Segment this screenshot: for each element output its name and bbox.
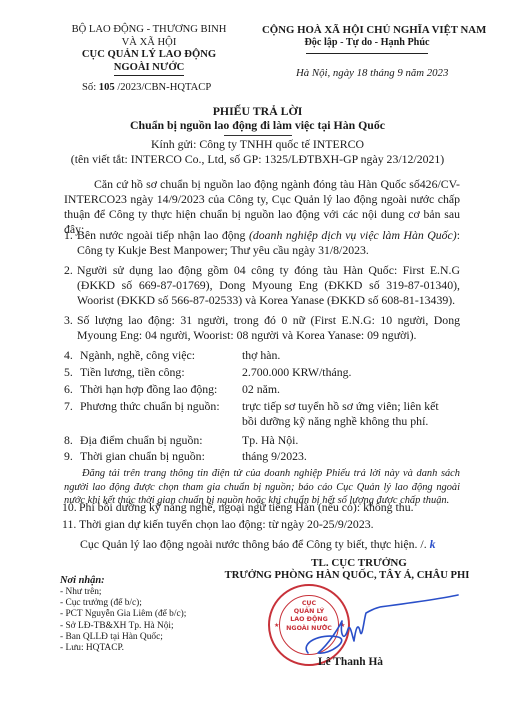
distribution-item: - PCT Nguyễn Gia Liêm (để b/c); xyxy=(60,609,186,620)
field-preparation-method: 7.Phương thức chuẩn bị nguồn: trực tiếp … xyxy=(64,399,220,414)
doc-number-label: Số: xyxy=(82,82,99,93)
document-number: Số: 105 /2023/CBN-HQTACP xyxy=(82,82,211,93)
item-text: Số lượng lao động: 31 người, trong đó 0 … xyxy=(77,313,460,343)
field-label: Địa điểm chuẩn bị nguồn: xyxy=(80,433,203,448)
field-number: 9. xyxy=(64,449,80,464)
closing-text: Cục Quản lý lao động ngoài nước thông bá… xyxy=(80,537,427,551)
field-number: 6. xyxy=(64,382,80,397)
distribution-item: - Ban QLLĐ tại Hàn Quốc; xyxy=(60,632,186,643)
item-text-italic: (doanh nghiệp dịch vụ việc làm Hàn Quốc) xyxy=(249,228,457,242)
signer-position: TRƯỞNG PHÒNG HÀN QUỐC, TÂY Á, CHÂU PHI xyxy=(212,570,482,581)
ministry-name-line1: BỘ LAO ĐỘNG - THƯƠNG BINH xyxy=(60,24,238,37)
item-text-part: Bên nước ngoài tiếp nhận lao động xyxy=(77,228,249,242)
signature-authority: TL. CỤC TRƯỞNG xyxy=(244,557,474,569)
motto-divider xyxy=(306,53,428,54)
field-number: 7. xyxy=(64,399,80,414)
distribution-heading: Nơi nhận: xyxy=(60,575,186,587)
ministry-name-line2: VÀ XÃ HỘI xyxy=(60,37,238,50)
agency-name-line2: NGOÀI NƯỚC xyxy=(114,62,185,77)
addressee-details: (tên viết tắt: INTERCO Co., Ltd, số GP: … xyxy=(0,152,515,167)
document-title: PHIẾU TRẢ LỜI xyxy=(0,104,515,118)
handwritten-mark: k xyxy=(430,537,436,551)
list-item-10: 10. Phí bồi dưỡng kỹ năng nghề, ngoại ng… xyxy=(62,500,458,515)
list-item-2: 2. Người sử dụng lao động gồm 04 công ty… xyxy=(64,263,460,308)
field-value: 02 năm. xyxy=(242,382,280,397)
field-label: Thời hạn hợp đồng lao động: xyxy=(80,382,217,397)
place-and-date: Hà Nội, ngày 18 tháng 9 năm 2023 xyxy=(296,67,448,79)
national-header-block: CỘNG HOÀ XÃ HỘI CHỦ NGHĨA VIỆT NAM Độc l… xyxy=(262,24,472,54)
item-number: 1. xyxy=(64,228,73,243)
field-value: tháng 9/2023. xyxy=(242,449,307,464)
field-occupation: 4.Ngành, nghề, công việc: thợ hàn. xyxy=(64,348,195,363)
list-item-3: 3. Số lượng lao động: 31 người, trong đó… xyxy=(64,313,460,343)
doc-number-value: 105 xyxy=(99,82,115,93)
field-timeframe: 9.Thời gian chuẩn bị nguồn: tháng 9/2023… xyxy=(64,449,205,464)
nation-name: CỘNG HOÀ XÃ HỘI CHỦ NGHĨA VIỆT NAM xyxy=(262,24,472,37)
field-value: Tp. Hà Nội. xyxy=(242,433,298,448)
field-value: 2.700.000 KRW/tháng. xyxy=(242,365,351,380)
field-label: Ngành, nghề, công việc: xyxy=(80,348,195,363)
item-number: 3. xyxy=(64,313,73,328)
item-number: 2. xyxy=(64,263,73,278)
doc-number-suffix: /2023/CBN-HQTACP xyxy=(115,82,212,93)
field-number: 8. xyxy=(64,433,80,448)
closing-statement: Cục Quản lý lao động ngoài nước thông bá… xyxy=(80,537,436,552)
field-number: 5. xyxy=(64,365,80,380)
field-salary: 5.Tiền lương, tiền công: 2.700.000 KRW/t… xyxy=(64,365,185,380)
item-text: Phí bồi dưỡng kỹ năng nghề, ngoại ngữ ti… xyxy=(79,500,458,515)
item-number: 11. xyxy=(62,517,76,532)
distribution-item: - Lưu: HQTACP. xyxy=(60,643,186,654)
addressee-block: Kính gửi: Công ty TNHH quốc tế INTERCO (… xyxy=(0,137,515,166)
field-label: Phương thức chuẩn bị nguồn: xyxy=(80,399,220,414)
field-value: thợ hàn. xyxy=(242,348,280,363)
distribution-item: - Như trên; xyxy=(60,587,186,598)
handwritten-signature-icon xyxy=(300,585,460,665)
field-value: trực tiếp sơ tuyển hồ sơ ứng viên; liên … xyxy=(242,399,439,414)
field-location: 8.Địa điểm chuẩn bị nguồn: Tp. Hà Nội. xyxy=(64,433,203,448)
field-contract-term: 6.Thời hạn hợp đồng lao động: 02 năm. xyxy=(64,382,217,397)
field-label: Thời gian chuẩn bị nguồn: xyxy=(80,449,205,464)
agency-name-line1: CỤC QUẢN LÝ LAO ĐỘNG xyxy=(60,49,238,62)
item-text: Thời gian dự kiến tuyển chọn lao động: t… xyxy=(79,517,458,532)
document-title-block: PHIẾU TRẢ LỜI Chuẩn bị nguồn lao động đi… xyxy=(0,104,515,136)
item-text: Người sử dụng lao động gồm 04 công ty đó… xyxy=(77,263,460,308)
addressee-line: Kính gửi: Công ty TNHH quốc tế INTERCO xyxy=(0,137,515,152)
document-subtitle: Chuẩn bị nguồn lao động đi làm việc tại … xyxy=(0,118,515,132)
distribution-item: - Cục trưởng (để b/c); xyxy=(60,598,186,609)
national-motto: Độc lập - Tự do - Hạnh Phúc xyxy=(262,37,472,50)
title-divider xyxy=(224,135,292,136)
distribution-list: Nơi nhận: - Như trên; - Cục trưởng (để b… xyxy=(60,575,186,654)
list-item-11: 11. Thời gian dự kiến tuyển chọn lao độn… xyxy=(62,517,458,532)
issuing-agency-block: BỘ LAO ĐỘNG - THƯƠNG BINH VÀ XÃ HỘI CỤC … xyxy=(60,24,238,76)
item-text: Bên nước ngoài tiếp nhận lao động (doanh… xyxy=(77,228,460,258)
list-item-1: 1. Bên nước ngoài tiếp nhận lao động (do… xyxy=(64,228,460,258)
field-label: Tiền lương, tiền công: xyxy=(80,365,185,380)
field-number: 4. xyxy=(64,348,80,363)
signer-name: Lê Thanh Hà xyxy=(318,656,383,668)
item-number: 10. xyxy=(62,500,77,515)
distribution-item: - Sở LĐ-TB&XH Tp. Hà Nội; xyxy=(60,621,186,632)
official-letter-page: BỘ LAO ĐỘNG - THƯƠNG BINH VÀ XÃ HỘI CỤC … xyxy=(0,0,515,715)
field-value-continued: bồi dưỡng kỹ năng nghề không thu phí. xyxy=(242,414,428,429)
